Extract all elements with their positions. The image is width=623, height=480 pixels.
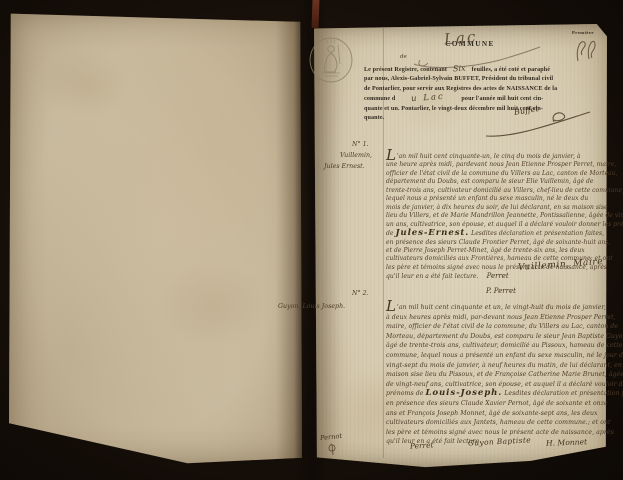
act1-signature-perret: P. Perret xyxy=(486,287,516,295)
manuscript-text: commune, lequel nous a présenté un enfan… xyxy=(386,352,623,359)
manuscript-line: en présence des sieurs Claude Xavier Per… xyxy=(386,399,604,409)
manuscript-line: maire, officier de l'état civil de la co… xyxy=(386,322,604,332)
manuscript-line: L'an mil huit cent cinquante et un, le v… xyxy=(386,300,604,313)
manuscript-line: vingt-sept du mois de janvier, à neuf he… xyxy=(386,361,604,371)
manuscript-text: âgé de trente-trois ans, cultivateur, do… xyxy=(386,342,622,349)
manuscript-line: de Jules-Ernest. Lesdites déclaration et… xyxy=(386,229,604,238)
manuscript-line: à deux heures après midi, par-devant nou… xyxy=(386,313,604,323)
manuscript-line: maison sise lieu du Pissoux, et de Franç… xyxy=(386,370,604,380)
right-page-content: Première COMMUNE de Lac Le présent Regis… xyxy=(314,24,607,468)
act1-margin-name: Jules Ernest. xyxy=(324,163,365,170)
printed-text: commune d xyxy=(364,96,395,102)
manuscript-text: 'an mil huit cent cinquante-un, le cinq … xyxy=(397,153,581,160)
manuscript-text: maison sise lieu du Pissoux, et de Franç… xyxy=(386,371,623,378)
manuscript-line: et de Pierre Joseph Perret-Minet, âgé de… xyxy=(386,247,604,255)
folded-corner xyxy=(9,10,302,466)
manuscript-line: de Pontarlier, pour servir aux Registres… xyxy=(364,85,582,94)
manuscript-text: maire, officier de l'état civil de la co… xyxy=(386,323,618,330)
commune-de-label: de xyxy=(400,54,407,60)
child-name: Louis-Joseph. xyxy=(425,388,502,398)
manuscript-text: officier de l'état civil de la commune d… xyxy=(386,170,618,177)
manuscript-text: une heure après midi, pardevant nous Jea… xyxy=(386,161,616,168)
manuscript-line: département du Doubs, est comparu le sie… xyxy=(386,178,604,186)
initial-capital: L xyxy=(386,146,396,164)
folio-paraph-icon xyxy=(573,35,599,65)
manuscript-text: trente-trois ans, cultivateur domicilié … xyxy=(386,187,623,194)
manuscript-line: les père et témoins signé avec nous le p… xyxy=(386,428,604,438)
manuscript-line: L'an mil huit cent cinquante-un, le cinq… xyxy=(386,149,604,161)
left-page-blank xyxy=(9,10,302,466)
act2-signature-monnet: H. Monnet xyxy=(546,437,587,447)
manuscript-line: commune, lequel nous a présenté un enfan… xyxy=(386,351,604,361)
inline-signature: Perret xyxy=(487,272,509,280)
manuscript-line: par nous, Alexis-Gabriel-Sylvain BUFFET,… xyxy=(364,75,582,84)
manuscript-text: Morteau, département du Doubs, est compa… xyxy=(386,333,623,340)
manuscript-text: qu'il leur en a été fait lecture. xyxy=(386,273,479,280)
printed-text: par nous, Alexis-Gabriel-Sylvain BUFFET,… xyxy=(364,76,553,82)
act1-number: N° 1. xyxy=(352,141,369,148)
manuscript-line: une heure après midi, pardevant nous Jea… xyxy=(386,161,604,169)
manuscript-text: Lesdites déclaration et présentation fai… xyxy=(502,390,623,397)
manuscript-line: Morteau, département du Doubs, est compa… xyxy=(386,332,604,342)
manuscript-text: vingt-sept du mois de janvier, à neuf he… xyxy=(386,362,623,369)
act2-text: L'an mil huit cent cinquante et un, le v… xyxy=(386,300,604,447)
manuscript-text: de vingt-neuf ans, cultivatrice, son épo… xyxy=(386,381,623,388)
handwritten-insertion: u Lac xyxy=(395,92,461,106)
manuscript-text: mois de janvier, à dix heures du soir, d… xyxy=(386,204,608,211)
handwritten-insertion: Six xyxy=(453,64,466,74)
manuscript-line: cultivateurs domiciliés aux Jantets, ham… xyxy=(386,418,604,428)
act2-signature-pernot: Pernot xyxy=(320,432,343,442)
manuscript-text: lieu du Villers, et de Marie Mandrillon … xyxy=(386,212,623,219)
tax-stamp-icon xyxy=(308,36,354,84)
manuscript-text: département du Doubs, est comparu le sie… xyxy=(386,178,594,185)
register-scan: Première COMMUNE de Lac Le présent Regis… xyxy=(0,0,623,480)
manuscript-line: Le présent Registre, contenantSixfeuille… xyxy=(364,64,582,75)
manuscript-text: ans et François Joseph Monnet, âgé de so… xyxy=(386,410,598,417)
act2-number: N° 2. xyxy=(352,290,369,297)
manuscript-text: les père et témoins signé avec nous le p… xyxy=(386,429,614,436)
manuscript-line: âgé de trente-trois ans, cultivateur, do… xyxy=(386,341,604,351)
president-signature-flourish-icon xyxy=(484,108,596,140)
child-name: Jules-Ernest. xyxy=(395,228,469,238)
manuscript-text: Lesdites déclaration et présentation fai… xyxy=(469,230,604,237)
manuscript-text: en présence des sieurs Claude Xavier Per… xyxy=(386,400,608,407)
printed-text: quante. xyxy=(364,115,384,121)
manuscript-line: trente-trois ans, cultivateur domicilié … xyxy=(386,187,604,195)
manuscript-line: ans et François Joseph Monnet, âgé de so… xyxy=(386,409,604,419)
manuscript-line: lieu du Villers, et de Marie Mandrillon … xyxy=(386,212,604,220)
paper-stain xyxy=(159,260,269,350)
paper-stain xyxy=(39,50,129,120)
manuscript-line: lequel nous a présenté un enfant du sexe… xyxy=(386,195,604,203)
manuscript-text: en présence des sieurs Claude Frontier P… xyxy=(386,239,610,246)
printed-text: de Pontarlier, pour servir aux Registres… xyxy=(364,86,557,92)
act2-signature-perret: Perret xyxy=(410,440,434,450)
manuscript-text: 'an mil huit cent cinquante et un, le vi… xyxy=(397,304,606,311)
manuscript-line: officier de l'état civil de la commune d… xyxy=(386,170,604,178)
manuscript-text: lequel nous a présenté un enfant du sexe… xyxy=(386,195,588,202)
manuscript-text: prénoms de xyxy=(386,390,425,397)
act2-pernot-paraph-icon xyxy=(324,442,342,456)
manuscript-line: commune du Lacpour l'année mil huit cent… xyxy=(364,94,582,104)
manuscript-line: prénoms de Louis-Joseph. Lesdites déclar… xyxy=(386,389,604,399)
act1-margin-name: Vuillemin, xyxy=(340,152,372,159)
manuscript-line: qu'il leur en a été fait lecture.Perret xyxy=(386,272,604,281)
initial-capital: L xyxy=(386,297,396,315)
printed-text: pour l'année mil huit cent cin- xyxy=(461,96,543,102)
printed-text: Le présent Registre, contenant xyxy=(364,67,447,73)
manuscript-line: mois de janvier, à dix heures du soir, d… xyxy=(386,204,604,212)
act2-margin-name: Guyon, Louis Joseph. xyxy=(278,303,345,310)
printed-text: feuilles, a été coté et paraphé xyxy=(472,67,551,73)
manuscript-line: en présence des sieurs Claude Frontier P… xyxy=(386,239,604,247)
manuscript-text: un ans, cultivatrice, son épouse, et auq… xyxy=(386,221,623,228)
manuscript-text: cultivateurs domiciliés aux Jantets, ham… xyxy=(386,419,611,426)
manuscript-text: à deux heures après midi, par-devant nou… xyxy=(386,314,616,321)
manuscript-text: et de Pierre Joseph Perret-Minet, âgé de… xyxy=(386,247,585,254)
